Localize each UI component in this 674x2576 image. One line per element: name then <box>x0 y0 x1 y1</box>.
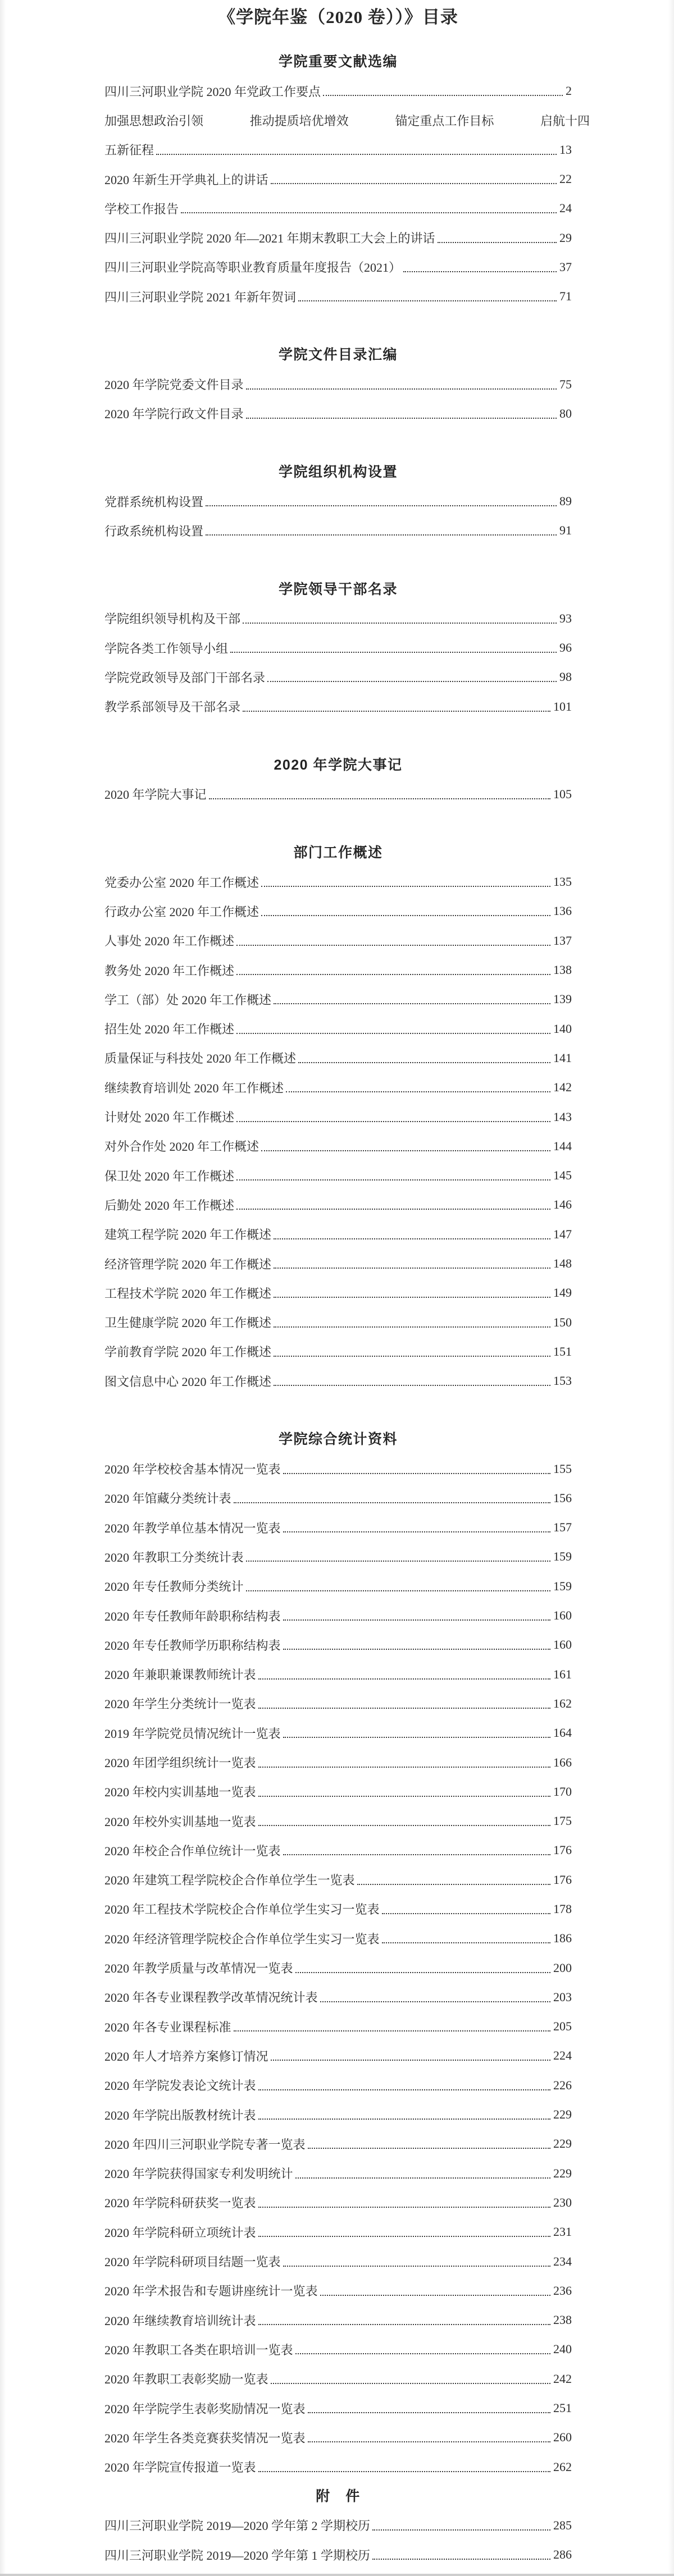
dot-leader <box>283 2266 550 2267</box>
entry-title: 后勤处 2020 年工作概述 <box>104 1196 234 1214</box>
dot-leader <box>274 1238 550 1239</box>
page-number: 229 <box>553 2166 572 2181</box>
page-number: 105 <box>553 787 572 802</box>
entry-title: 保卫处 2020 年工作概述 <box>104 1167 234 1184</box>
dot-leader <box>283 1473 550 1474</box>
section-heading: 学院文件目录汇编 <box>104 340 572 369</box>
toc-entry: 2020 年学院宣传报道一览表262 <box>104 2452 572 2481</box>
entry-title: 建筑工程学院 2020 年工作概述 <box>104 1225 271 1243</box>
entry-title: 2020 年学院出版教材统计表 <box>104 2106 256 2124</box>
page-number: 149 <box>553 1285 572 1300</box>
page-number: 236 <box>553 2284 572 2298</box>
toc-entry: 学工（部）处 2020 年工作概述139 <box>104 985 572 1014</box>
page-number: 135 <box>553 875 572 889</box>
toc-entry: 2020 年馆藏分类统计表156 <box>104 1484 572 1513</box>
page-number: 164 <box>553 1726 572 1740</box>
entry-title: 2020 年继续教育培训统计表 <box>104 2312 256 2329</box>
page-number: 224 <box>553 2048 572 2063</box>
entry-title: 行政办公室 2020 年工作概述 <box>104 903 259 920</box>
page-number: 242 <box>553 2372 572 2386</box>
dot-leader <box>156 154 557 155</box>
dot-leader <box>258 2119 550 2120</box>
toc-section: 学院重要文献选编四川三河职业学院 2020 年党政工作要点2加强思想政治引领推动… <box>104 47 572 311</box>
toc-entry: 建筑工程学院 2020 年工作概述147 <box>104 1220 572 1249</box>
entry-title: 2020 年各专业课程教学改革情况统计表 <box>104 1988 318 2006</box>
toc-entry: 计财处 2020 年工作概述143 <box>104 1102 572 1131</box>
page-number: 262 <box>553 2460 572 2474</box>
dot-leader <box>298 300 557 301</box>
dot-leader <box>267 681 557 682</box>
toc-entry: 2020 年各专业课程标准205 <box>104 2012 572 2041</box>
toc-entry: 2020 年学院党委文件目录75 <box>104 369 572 399</box>
page-number: 251 <box>553 2401 572 2415</box>
section-heading: 学院领导干部名录 <box>104 575 572 604</box>
page-number: 138 <box>553 963 572 977</box>
entry-title: 2020 年学院科研获奖一览表 <box>104 2194 256 2211</box>
entry-title: 党委办公室 2020 年工作概述 <box>104 873 259 891</box>
page-number: 140 <box>553 1022 572 1036</box>
toc-entry: 2020 年工程技术学院校企合作单位学生实习一览表178 <box>104 1895 572 1924</box>
dot-leader <box>246 1561 550 1562</box>
page-number: 166 <box>553 1755 572 1770</box>
page-number: 170 <box>553 1785 572 1799</box>
page-number: 150 <box>553 1315 572 1330</box>
toc-entry: 2020 年建筑工程学院校企合作单位学生一览表176 <box>104 1865 572 1895</box>
dot-leader <box>382 1913 550 1914</box>
dot-leader <box>236 1179 550 1181</box>
toc-entry: 2020 年学生分类统计一览表162 <box>104 1689 572 1718</box>
entry-title: 继续教育培训处 2020 年工作概述 <box>104 1079 284 1096</box>
toc-entry: 四川三河职业学院 2020 年—2021 年期末教职工大会上的讲话29 <box>104 223 572 252</box>
toc-entry: 2020 年专任教师学历职称结构表160 <box>104 1630 572 1659</box>
entry-title: 2020 年经济管理学院校企合作单位学生实习一览表 <box>104 1930 380 1947</box>
entry-title: 人事处 2020 年工作概述 <box>104 932 234 949</box>
toc-entry: 四川三河职业学院 2019—2020 学年第 2 学期校历285 <box>104 2511 572 2540</box>
entry-title: 2020 年学院宣传报道一览表 <box>104 2458 256 2476</box>
entry-title: 学前教育学院 2020 年工作概述 <box>104 1343 271 1360</box>
page-number: 175 <box>553 1814 572 1828</box>
page-number: 37 <box>559 260 572 274</box>
toc-entry: 党群系统机构设置89 <box>104 487 572 516</box>
dot-leader <box>258 2471 550 2472</box>
dot-leader <box>246 418 557 419</box>
dot-leader <box>181 212 557 213</box>
dot-leader <box>372 2559 550 2560</box>
toc-entry: 2020 年学院出版教材统计表229 <box>104 2100 572 2129</box>
toc-entry: 招生处 2020 年工作概述140 <box>104 1014 572 1044</box>
page-number: 93 <box>559 611 572 626</box>
page-number: 75 <box>559 377 572 392</box>
toc-entry: 2020 年学生各类竞赛获奖情况一览表260 <box>104 2423 572 2452</box>
toc-entry: 四川三河职业学院 2019—2020 学年第 1 学期校历286 <box>104 2540 572 2569</box>
page-number: 260 <box>553 2430 572 2445</box>
entry-title: 2020 年学院党委文件目录 <box>104 376 244 393</box>
toc-entry: 图文信息中心 2020 年工作概述153 <box>104 1366 572 1395</box>
entry-title: 四川三河职业学院 2019—2020 学年第 1 学期校历 <box>104 2546 370 2564</box>
toc-entry: 2020 年教职工表彰奖励一览表242 <box>104 2364 572 2394</box>
dot-leader <box>258 1796 550 1797</box>
entry-title: 2020 年校企合作单位统计一览表 <box>104 1842 281 1859</box>
page-number: 139 <box>553 992 572 1006</box>
toc-section: 学院领导干部名录学院组织领导机构及干部93学院各类工作领导小组96学院党政领导及… <box>104 575 572 721</box>
toc-entry: 2020 年四川三河职业学院专著一览表229 <box>104 2129 572 2158</box>
entry-title: 学院各类工作领导小组 <box>104 639 228 657</box>
dot-leader <box>271 183 557 184</box>
page-number: 160 <box>553 1608 572 1623</box>
page-number: 141 <box>553 1051 572 1065</box>
entry-title: 学工（部）处 2020 年工作概述 <box>104 991 271 1008</box>
page-number: 101 <box>553 699 572 714</box>
entry-title: 2020 年团学组织统计一览表 <box>104 1754 256 1771</box>
toc-entry: 2020 年教职工分类统计表159 <box>104 1542 572 1571</box>
page-number: 155 <box>553 1462 572 1476</box>
dot-leader <box>230 652 557 653</box>
entry-title: 四川三河职业学院 2021 年新年贺词 <box>104 288 296 305</box>
toc-entry: 2020 年学院获得国家专利发明统计229 <box>104 2159 572 2188</box>
toc-entry: 教务处 2020 年工作概述138 <box>104 955 572 985</box>
page-number: 229 <box>553 2136 572 2151</box>
toc-entry: 2020 年学校校舍基本情况一览表155 <box>104 1454 572 1483</box>
page-number: 80 <box>559 406 572 421</box>
toc-entry: 经济管理学院 2020 年工作概述148 <box>104 1249 572 1278</box>
dot-leader <box>258 1825 550 1826</box>
toc-entry: 2020 年学院科研获奖一览表230 <box>104 2188 572 2217</box>
entry-title: 2020 年专任教师年龄职称结构表 <box>104 1607 281 1625</box>
entry-title: 图文信息中心 2020 年工作概述 <box>104 1372 271 1390</box>
entry-title: 2020 年教职工各类在职培训一览表 <box>104 2341 293 2358</box>
entry-title: 2020 年教职工表彰奖励一览表 <box>104 2370 268 2387</box>
toc-entry: 2020 年校企合作单位统计一览表176 <box>104 1836 572 1865</box>
page-number: 151 <box>553 1344 572 1359</box>
entry-title: 对外合作处 2020 年工作概述 <box>104 1137 259 1155</box>
entry-title: 2019 年学院党员情况统计一览表 <box>104 1724 281 1742</box>
entry-title: 教务处 2020 年工作概述 <box>104 962 234 979</box>
entry-title: 经济管理学院 2020 年工作概述 <box>104 1255 271 1273</box>
dot-leader <box>236 945 550 946</box>
dot-leader <box>209 798 550 799</box>
page-number: 148 <box>553 1256 572 1271</box>
dot-leader <box>261 915 550 916</box>
section-heading: 部门工作概述 <box>104 838 572 867</box>
toc-entry: 教学系部领导及干部名录101 <box>104 692 572 721</box>
page-number: 176 <box>553 1843 572 1857</box>
yearbook-toc-page: 《学院年鉴（2020 卷））》目录 学院重要文献选编四川三河职业学院 2020 … <box>0 0 674 2576</box>
page-number: 229 <box>553 2107 572 2122</box>
entry-title: 2020 年学校校舍基本情况一览表 <box>104 1460 281 1477</box>
page-number: 91 <box>559 523 572 538</box>
toc-entry: 2020 年学院行政文件目录80 <box>104 399 572 428</box>
toc-entry: 2020 年学院发表论文统计表226 <box>104 2071 572 2100</box>
dot-leader <box>258 2089 550 2090</box>
entry-title: 党群系统机构设置 <box>104 493 203 510</box>
toc-entry: 2020 年学院科研项目结题一览表234 <box>104 2246 572 2276</box>
toc-entry: 2020 年校外实训基地一览表175 <box>104 1806 572 1836</box>
dot-leader <box>382 1942 550 1943</box>
toc-entry: 2020 年教职工各类在职培训一览表240 <box>104 2335 572 2364</box>
dot-leader <box>258 1708 550 1709</box>
dot-leader <box>236 1033 550 1034</box>
page-number: 157 <box>553 1520 572 1535</box>
entry-title: 2020 年学院发表论文统计表 <box>104 2076 256 2094</box>
entry-title: 行政系统机构设置 <box>104 522 203 539</box>
page-number: 240 <box>553 2342 572 2357</box>
dot-leader <box>274 1385 550 1386</box>
toc-entry: 对外合作处 2020 年工作概述144 <box>104 1132 572 1161</box>
dot-leader <box>243 623 557 624</box>
entry-title: 四川三河职业学院 2020 年党政工作要点 <box>104 83 321 100</box>
toc-content: 《学院年鉴（2020 卷））》目录 学院重要文献选编四川三河职业学院 2020 … <box>0 0 674 2576</box>
toc-section: 2020 年学院大事记2020 年学院大事记105 <box>104 751 572 809</box>
entry-title: 2020 年校内实训基地一览表 <box>104 1783 256 1800</box>
entry-title: 2020 年四川三河职业学院专著一览表 <box>104 2135 306 2153</box>
entry-title: 教学系部领导及干部名录 <box>104 698 240 715</box>
dot-leader <box>261 1150 550 1151</box>
page-number: 200 <box>553 1961 572 1975</box>
section-heading: 学院组织机构设置 <box>104 457 572 487</box>
entry-title: 2020 年学院大事记 <box>104 785 207 803</box>
toc-entry: 四川三河职业学院 2021 年新年贺词71 <box>104 282 572 311</box>
toc-entry: 2020 年学院学生表彰奖励情况一览表251 <box>104 2394 572 2423</box>
section-heading: 2020 年学院大事记 <box>104 751 572 780</box>
dot-leader <box>246 1590 550 1591</box>
toc-entry: 2020 年兼职兼课教师统计表161 <box>104 1659 572 1689</box>
page-number: 24 <box>559 201 572 216</box>
entry-title: 卫生健康学院 2020 年工作概述 <box>104 1314 271 1331</box>
dot-leader <box>357 1884 550 1885</box>
page-number: 238 <box>553 2313 572 2327</box>
dot-leader <box>295 2353 550 2354</box>
dot-leader <box>320 2001 550 2002</box>
toc-entry: 行政办公室 2020 年工作概述136 <box>104 896 572 926</box>
dot-leader <box>283 1854 550 1855</box>
dot-leader <box>323 95 563 96</box>
section-heading: 学院重要文献选编 <box>104 47 572 76</box>
entry-title: 2020 年人才培养方案修订情况 <box>104 2047 268 2065</box>
entry-title: 2020 年学院学生表彰奖励情况一览表 <box>104 2400 306 2417</box>
entry-title: 2020 年教学单位基本情况一览表 <box>104 1519 281 1536</box>
toc-entry: 2020 年专任教师分类统计159 <box>104 1572 572 1601</box>
dot-leader <box>286 1091 550 1092</box>
section-heading: 学院综合统计资料 <box>104 1425 572 1454</box>
dot-leader <box>372 2529 550 2531</box>
page-number: 162 <box>553 1696 572 1711</box>
dot-leader <box>236 1121 550 1122</box>
toc-section: 部门工作概述党委办公室 2020 年工作概述135行政办公室 2020 年工作概… <box>104 838 572 1395</box>
dot-leader <box>261 886 550 887</box>
toc: 学院重要文献选编四川三河职业学院 2020 年党政工作要点2加强思想政治引领推动… <box>104 47 572 2569</box>
toc-entry: 卫生健康学院 2020 年工作概述150 <box>104 1308 572 1337</box>
page-number: 22 <box>559 172 572 186</box>
entry-title: 2020 年学院行政文件目录 <box>104 405 244 422</box>
page-number: 286 <box>553 2547 572 2562</box>
entry-title: 质量保证与科技处 2020 年工作概述 <box>104 1049 296 1067</box>
dot-leader <box>271 2060 550 2061</box>
dot-leader <box>206 534 557 536</box>
page-number: 153 <box>553 1374 572 1388</box>
dot-leader <box>258 2324 550 2325</box>
dot-leader <box>234 1502 550 1503</box>
page-number: 2 <box>566 84 572 98</box>
dot-leader <box>283 1531 550 1532</box>
toc-entry: 2020 年校内实训基地一览表170 <box>104 1777 572 1806</box>
toc-entry: 2020 年团学组织统计一览表166 <box>104 1747 572 1777</box>
toc-entry: 2020 年人才培养方案修订情况224 <box>104 2041 572 2070</box>
page-number: 136 <box>553 904 572 918</box>
toc-entry: 学校工作报告24 <box>104 194 572 223</box>
toc-entry: 质量保证与科技处 2020 年工作概述141 <box>104 1044 572 1073</box>
entry-text-segment: 启航十四 <box>540 112 590 129</box>
entry-text-segment: 加强思想政治引领 <box>104 112 203 129</box>
entry-title: 2020 年学院科研项目结题一览表 <box>104 2253 281 2270</box>
dot-leader <box>246 388 557 390</box>
dot-leader <box>274 1326 550 1328</box>
dot-leader <box>283 1649 550 1650</box>
toc-entry: 学院各类工作领导小组96 <box>104 633 572 662</box>
page-number: 137 <box>553 934 572 948</box>
entry-title: 五新征程 <box>104 141 154 158</box>
entry-title: 计财处 2020 年工作概述 <box>104 1108 234 1125</box>
entry-title: 2020 年学生分类统计一览表 <box>104 1695 256 1712</box>
toc-entry: 后勤处 2020 年工作概述146 <box>104 1190 572 1219</box>
dot-leader <box>236 1209 550 1210</box>
entry-title: 2020 年教职工分类统计表 <box>104 1548 244 1566</box>
page-number: 234 <box>553 2254 572 2269</box>
toc-entry: 四川三河职业学院高等职业教育质量年度报告（2021）37 <box>104 253 572 282</box>
toc-entry: 五新征程13 <box>104 135 572 164</box>
toc-entry: 学院党政领导及部门干部名录98 <box>104 662 572 692</box>
toc-entry: 保卫处 2020 年工作概述145 <box>104 1161 572 1190</box>
dot-leader <box>438 242 557 243</box>
toc-entry: 2020 年教学单位基本情况一览表157 <box>104 1513 572 1542</box>
page-number: 205 <box>553 2019 572 2034</box>
toc-entry: 党委办公室 2020 年工作概述135 <box>104 867 572 896</box>
entry-title: 2020 年新生开学典礼上的讲话 <box>104 171 268 188</box>
dot-leader <box>258 2207 550 2208</box>
page-number: 13 <box>559 143 572 157</box>
page-number: 159 <box>553 1549 572 1564</box>
dot-leader <box>283 1737 550 1738</box>
page-number: 285 <box>553 2518 572 2533</box>
page-number: 160 <box>553 1637 572 1652</box>
dot-leader <box>258 1678 550 1680</box>
entry-title: 2020 年建筑工程学院校企合作单位学生一览表 <box>104 1871 355 1888</box>
entry-title: 2020 年各专业课程标准 <box>104 2018 231 2035</box>
toc-entry: 工程技术学院 2020 年工作概述149 <box>104 1278 572 1307</box>
entry-text-segment: 锚定重点工作目标 <box>395 112 494 129</box>
page-number: 71 <box>559 289 572 304</box>
entry-title: 2020 年学生各类竞赛获奖情况一览表 <box>104 2429 306 2446</box>
page-number: 146 <box>553 1197 572 1212</box>
entry-title: 2020 年学院获得国家专利发明统计 <box>104 2165 293 2182</box>
toc-entry: 2020 年新生开学典礼上的讲话22 <box>104 164 572 194</box>
toc-entry: 2020 年专任教师年龄职称结构表160 <box>104 1601 572 1630</box>
entry-title: 学校工作报告 <box>104 200 179 217</box>
page-number: 144 <box>553 1139 572 1154</box>
page-number: 230 <box>553 2195 572 2210</box>
entry-text-segment: 推动提质培优增效 <box>250 112 349 129</box>
dot-leader <box>308 2441 550 2442</box>
dot-leader <box>308 2412 550 2413</box>
entry-title: 2020 年馆藏分类统计表 <box>104 1489 231 1507</box>
toc-section: 学院组织机构设置党群系统机构设置89行政系统机构设置91 <box>104 457 572 546</box>
entry-title: 学院党政领导及部门干部名录 <box>104 669 265 686</box>
entry-title: 招生处 2020 年工作概述 <box>104 1020 234 1037</box>
page-number: 145 <box>553 1168 572 1183</box>
toc-entry: 2020 年各专业课程教学改革情况统计表203 <box>104 1983 572 2012</box>
scan-edge-shadow <box>0 2574 674 2576</box>
dot-leader <box>295 1972 550 1973</box>
page-number: 203 <box>553 1990 572 2005</box>
page-number: 226 <box>553 2078 572 2093</box>
entry-title: 学院组织领导机构及干部 <box>104 610 240 627</box>
page-number: 178 <box>553 1902 572 1916</box>
toc-entry: 继续教育培训处 2020 年工作概述142 <box>104 1073 572 1102</box>
page-number: 147 <box>553 1227 572 1242</box>
dot-leader <box>403 271 557 272</box>
dot-leader <box>274 1297 550 1298</box>
dot-leader <box>274 1356 550 1357</box>
page-title: 《学院年鉴（2020 卷））》目录 <box>104 3 572 31</box>
page-number: 176 <box>553 1873 572 1887</box>
entry-title: 2020 年学院科研立项统计表 <box>104 2223 256 2241</box>
dot-leader <box>234 2030 550 2031</box>
toc-entry: 2020 年学术报告和专题讲座统计一览表236 <box>104 2276 572 2305</box>
dot-leader <box>243 711 550 712</box>
entry-title: 2020 年校外实训基地一览表 <box>104 1813 256 1830</box>
entry-title: 2020 年工程技术学院校企合作单位学生实习一览表 <box>104 1900 380 1918</box>
page-number: 231 <box>553 2225 572 2239</box>
dot-leader <box>258 2236 550 2237</box>
dot-leader <box>274 1003 550 1004</box>
toc-entry: 四川三河职业学院 2020 年党政工作要点2 <box>104 76 572 106</box>
toc-entry: 2019 年学院党员情况统计一览表164 <box>104 1718 572 1747</box>
dot-leader <box>258 1767 550 1768</box>
page-number: 186 <box>553 1931 572 1946</box>
toc-entry-wrap-line: 加强思想政治引领推动提质培优增效锚定重点工作目标启航十四 <box>104 106 590 135</box>
toc-section: 学院文件目录汇编2020 年学院党委文件目录752020 年学院行政文件目录80 <box>104 340 572 428</box>
entry-title: 工程技术学院 2020 年工作概述 <box>104 1284 271 1302</box>
page-number: 159 <box>553 1579 572 1594</box>
toc-entry: 行政系统机构设置91 <box>104 516 572 545</box>
entry-title: 2020 年专任教师学历职称结构表 <box>104 1636 281 1654</box>
entry-title: 2020 年兼职兼课教师统计表 <box>104 1666 256 1683</box>
section-heading: 附 件 <box>104 2482 572 2511</box>
page-number: 89 <box>559 494 572 509</box>
page-number: 98 <box>559 670 572 684</box>
page-number: 143 <box>553 1110 572 1124</box>
dot-leader <box>298 1062 550 1063</box>
toc-entry: 2020 年学院科研立项统计表231 <box>104 2217 572 2246</box>
entry-title: 四川三河职业学院 2019—2020 学年第 2 学期校历 <box>104 2516 370 2534</box>
page-number: 29 <box>559 231 572 245</box>
toc-entry: 2020 年继续教育培训统计表238 <box>104 2305 572 2335</box>
toc-entry: 人事处 2020 年工作概述137 <box>104 926 572 955</box>
entry-title: 2020 年教学质量与改革情况一览表 <box>104 1959 293 1976</box>
toc-entry: 2020 年教学质量与改革情况一览表200 <box>104 1953 572 1982</box>
dot-leader <box>295 2177 550 2179</box>
toc-section: 附 件四川三河职业学院 2019—2020 学年第 2 学期校历285四川三河职… <box>104 2482 572 2570</box>
dot-leader <box>206 505 557 506</box>
page-number: 156 <box>553 1491 572 1506</box>
entry-title: 2020 年专任教师分类统计 <box>104 1577 244 1595</box>
page-number: 161 <box>553 1667 572 1682</box>
entry-title: 2020 年学术报告和专题讲座统计一览表 <box>104 2282 318 2299</box>
toc-entry: 2020 年学院大事记105 <box>104 780 572 809</box>
dot-leader <box>308 2148 550 2149</box>
dot-leader <box>283 1619 550 1621</box>
toc-entry: 学前教育学院 2020 年工作概述151 <box>104 1337 572 1366</box>
dot-leader <box>236 974 550 975</box>
